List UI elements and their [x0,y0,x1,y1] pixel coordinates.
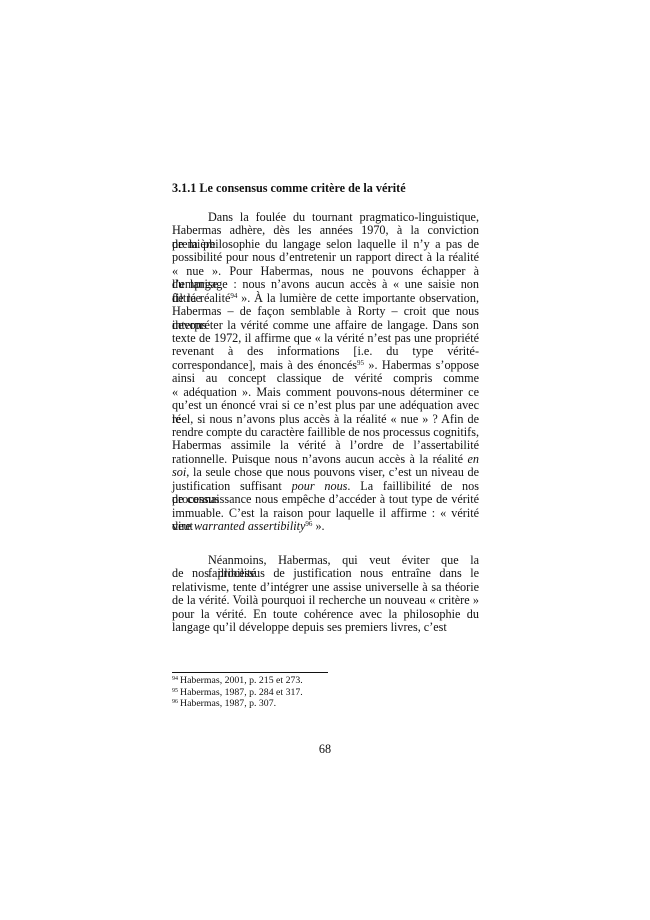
section-heading: 3.1.1 Le consensus comme critère de la v… [172,181,492,195]
footnote-number: 94 [172,676,178,682]
text-line: justification suffisant pour nous. La fa… [172,480,479,493]
text-line: langage qu’il développe depuis ses premi… [172,621,479,634]
text-line: de connaissance nous empêche d’accéder à… [172,493,479,506]
footnote-number: 95 [172,688,178,694]
text-line: texte de 1972, il affirme que « la vérit… [172,332,479,345]
text-line: correspondance], mais à des énoncés95 ».… [172,359,479,372]
text-line: interpréter la vérité comme une affaire … [172,319,479,332]
footnote-95: 95Habermas, 1987, p. 284 et 317. [172,687,303,699]
text-line: qu’est un énoncé vrai si ce n’est plus p… [172,399,479,412]
footnote-separator [172,672,328,673]
text-line: de la philosophie du langage selon laque… [172,238,479,251]
footnote-text: Habermas, 1987, p. 307. [180,698,276,709]
footnotes: 94Habermas, 2001, p. 215 et 273. 95Haber… [172,675,303,710]
text-line: réel, si nous n’avons plus accès à la ré… [172,413,479,426]
footnote-ref: 95 [357,359,364,367]
page-number: 68 [0,742,650,757]
emphasis: warranted assertibility [194,519,305,533]
text-line: rendre compte du caractère faillible de … [172,426,479,439]
footnote-ref: 94 [230,292,237,300]
text-line: de nos processus de justification nous e… [172,567,479,580]
text-line: immuable. C’est la raison pour laquelle … [172,507,479,520]
text-line: relativisme, tente d’intégrer une assise… [172,581,479,594]
text-line: « adéquation ». Mais comment pouvons-nou… [172,386,479,399]
text-line: « nue ». Pour Habermas, nous ne pouvons … [172,265,479,278]
text-line: Néanmoins, Habermas, qui veut éviter que… [172,554,479,567]
text-line: possibilité pour nous d’entretenir un ra… [172,251,479,264]
text-line: ainsi au concept classique de vérité com… [172,372,479,385]
text-line: pour la vérité. En toute cohérence avec … [172,608,479,621]
text-line: Habermas – de façon semblable à Rorty – … [172,305,479,318]
footnote-text: Habermas, 2001, p. 215 et 273. [180,675,303,686]
paragraph-1: Dans la foulée du tournant pragmatico-li… [172,211,479,534]
text-line: de la vérité. Voilà pourquoi il recherch… [172,594,479,607]
footnote-text: Habermas, 1987, p. 284 et 317. [180,687,303,698]
emphasis: en [467,452,479,466]
text-line: dire warranted assertibility96 ». [172,520,479,533]
document-page: 3.1.1 Le consensus comme critère de la v… [0,0,650,920]
text-line: du langage : nous n’avons aucun accès à … [172,278,479,291]
footnote-96: 96Habermas, 1987, p. 307. [172,698,303,710]
paragraph-2: Néanmoins, Habermas, qui veut éviter que… [172,554,479,635]
footnote-ref: 96 [305,520,312,528]
text-line: Habermas adhère, dès les années 1970, à … [172,224,479,237]
text-line: de la réalité94 ». À la lumière de cette… [172,292,479,305]
text-line: rationnelle. Puisque nous n’avons aucun … [172,453,479,466]
text-line: revenant à des informations [i.e. du typ… [172,345,479,358]
emphasis: pour nous [292,479,348,493]
text-line: Dans la foulée du tournant pragmatico-li… [172,211,479,224]
text-line: soi, la seule chose que nous pouvons vis… [172,466,479,479]
footnote-number: 96 [172,699,178,705]
text-line: Habermas assimile la vérité à l’ordre de… [172,439,479,452]
footnote-94: 94Habermas, 2001, p. 215 et 273. [172,675,303,687]
emphasis: soi [172,465,186,479]
